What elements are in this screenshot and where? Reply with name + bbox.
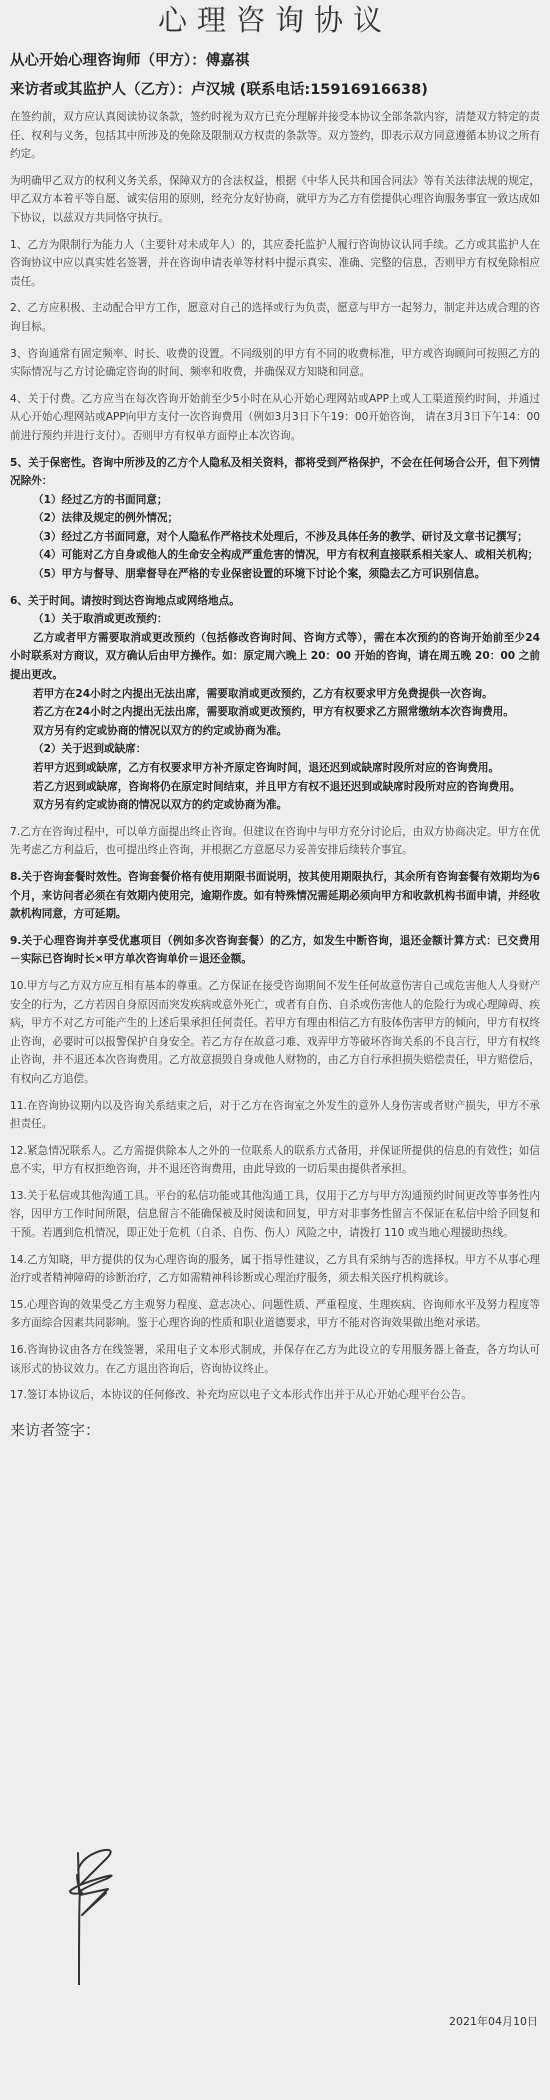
clause-6-sub2-b: 若乙方迟到或缺席，咨询将仍在原定时间结束，并且甲方有权不退还迟到或缺席时段所对应… xyxy=(10,778,540,797)
clause-5-item-5: （5）甲方与督导、朋辈督导在严格的专业保密设置的环境下讨论个案，须隐去乙方可识别… xyxy=(10,565,540,584)
clause-16: 16.咨询协议由各方在线签署，采用电子文本形式制成，并保存在乙方为此设立的专用服… xyxy=(10,1341,540,1378)
clause-6-sub1-a: 若甲方在24小时之内提出无法出席，需要取消或更改预约，乙方有权要求甲方免费提供一… xyxy=(10,685,540,704)
clause-8: 8.关于咨询套餐时效性。咨询套餐价格有使用期限书面说明，按其使用期限执行，其余所… xyxy=(10,868,540,924)
party-a-line: 从心开始心理咨询师（甲方）：傅嘉祺 xyxy=(10,51,540,71)
clause-6-sub1-c: 双方另有约定或协商的情况以双方的约定或协商为准。 xyxy=(10,722,540,741)
clause-1: 1、乙方为限制行为能力人（主要针对未成年人）的，其应委托监护人履行咨询协议认同手… xyxy=(10,236,540,292)
clause-12: 12.紧急情况联系人。乙方需提供除本人之外的一位联系人的联系方式备用，并保证所提… xyxy=(10,1142,540,1179)
handwritten-signature xyxy=(60,1845,140,1985)
document-title: 心理咨询协议 xyxy=(10,0,540,42)
clause-13: 13.关于私信或其他沟通工具。平台的私信功能或其他沟通工具，仅用于乙方与甲方沟通… xyxy=(10,1187,540,1243)
clause-9: 9.关于心理咨询并享受优惠项目（例如多次咨询套餐）的乙方，如发生中断咨询，退还金… xyxy=(10,932,540,969)
clause-6: 6、关于时间。请按时到达咨询地点或网络地点。 （1）关于取消或更改预约： 乙方或… xyxy=(10,592,540,815)
clause-6-sub2-c: 双方另有约定或协商的情况以双方的约定或协商为准。 xyxy=(10,796,540,815)
clause-10: 10.甲方与乙方双方应互相有基本的尊重。乙方保证在接受咨询期间不发生任何故意伤害… xyxy=(10,977,540,1089)
clause-6-sub1-b: 若乙方在24小时之内提出无法出席，需要取消或更改预约，甲方有权要求乙方照常缴纳本… xyxy=(10,703,540,722)
signing-date: 2021年04月10日 xyxy=(449,2013,538,2029)
clause-6-sub1-body: 乙方或者甲方需要取消或更改预约（包括修改咨询时间、咨询方式等），需在本次预约的咨… xyxy=(10,629,540,685)
clause-15: 15.心理咨询的效果受乙方主观努力程度、意志决心、问题性质、严重程度、生理疾病、… xyxy=(10,1296,540,1333)
clause-5-item-1: （1）经过乙方的书面同意； xyxy=(10,491,540,510)
clause-3: 3、咨询通常有固定频率、时长、收费的设置。不同级别的甲方有不同的收费标准，甲方或… xyxy=(10,345,540,382)
clause-6-sub2-a: 若甲方迟到或缺席，乙方有权要求甲方补齐原定咨询时间，退还迟到或缺席时段所对应的咨… xyxy=(10,759,540,778)
clause-5-item-4: （4）可能对乙方自身或他人的生命安全构成严重危害的情况，甲方有权利直接联系相关家… xyxy=(10,546,540,565)
clause-5: 5、关于保密性。咨询中所涉及的乙方个人隐私及相关资料，都将受到严格保护，不会在任… xyxy=(10,454,540,584)
clause-6-heading: 6、关于时间。请按时到达咨询地点或网络地点。 xyxy=(10,592,540,611)
agreement-document: 心理咨询协议 从心开始心理咨询师（甲方）：傅嘉祺 来访者或其监护人（乙方）：卢汉… xyxy=(0,0,550,2100)
clause-5-item-2: （2）法律及规定的例外情况； xyxy=(10,509,540,528)
clause-17: 17.签订本协议后，本协议的任何修改、补充均应以电子文本形式作出并于从心开始心理… xyxy=(10,1386,540,1405)
clause-5-heading: 5、关于保密性。咨询中所涉及的乙方个人隐私及相关资料，都将受到严格保护，不会在任… xyxy=(10,454,540,491)
intro-paragraph-1: 在签约前，双方应认真阅读协议条款，签约时视为双方已充分理解并接受本协议全部条款内… xyxy=(10,108,540,164)
clause-6-sub2-title: （2）关于迟到或缺席： xyxy=(10,740,540,759)
clause-5-item-3: （3）经过乙方书面同意，对个人隐私作严格技术处理后，不涉及具体任务的教学、研讨及… xyxy=(10,528,540,547)
clause-2: 2、乙方应积极、主动配合甲方工作，愿意对自己的选择或行为负责，愿意与甲方一起努力… xyxy=(10,299,540,336)
party-b-line: 来访者或其监护人（乙方）：卢汉城 (联系电话:15916916638) xyxy=(10,80,540,100)
clause-11: 11.在咨询协议期内以及咨询关系结束之后，对于乙方在咨询室之外发生的意外人身伤害… xyxy=(10,1097,540,1134)
clause-7: 7.乙方在咨询过程中，可以单方面提出终止咨询。但建议在咨询中与甲方充分讨论后，由… xyxy=(10,823,540,860)
clause-4: 4、关于付费。乙方应当在每次咨询开始前至少5小时在从心开始心理网站或APP上或人… xyxy=(10,390,540,446)
intro-paragraph-2: 为明确甲乙双方的权利义务关系，保障双方的合法权益，根据《中华人民共和国合同法》等… xyxy=(10,172,540,228)
clause-6-sub1-title: （1）关于取消或更改预约： xyxy=(10,610,540,629)
signature-label: 来访者签字： xyxy=(10,1419,540,1441)
clause-14: 14.乙方知晓，甲方提供的仅为心理咨询的服务，属于指导性建议，乙方具有采纳与否的… xyxy=(10,1251,540,1288)
